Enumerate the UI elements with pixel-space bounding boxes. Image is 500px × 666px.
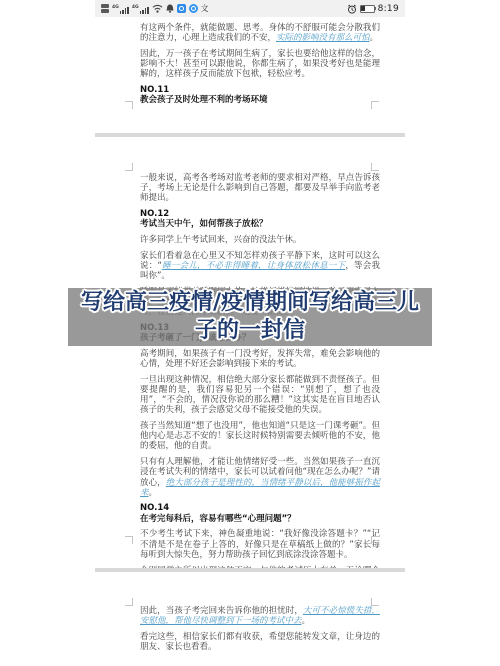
inline-link[interactable]: 睡一会儿，不必非得睡着，让身体放松休息一下 <box>162 261 345 271</box>
paragraph: 因此，当孩子考完回来告诉你他的担忧时，大可不必惊慌失措，安慰他，帮他尽快调整到下… <box>140 606 380 626</box>
page-corner-mark <box>125 101 133 109</box>
watermark-band: 写给高三疫情/疫情期间写给高三儿子的一封信 <box>68 288 432 346</box>
paragraph: 只有有人理解他，才能让他情绪好受一些。当然如果孩子一直沉浸在考试失利的情绪中，家… <box>140 457 380 498</box>
section-heading: NO.11教会孩子及时处理不利的考场环境 <box>140 85 380 105</box>
text-run: 孩子当然知道“想了也没用”，他也知道“只是这一门课考砸”。但他内心是忐忑不安的！… <box>140 421 380 451</box>
signal-strength-icon-sim2: 4G <box>132 4 149 14</box>
signal-bars-icon <box>120 7 129 14</box>
text-run: 不少考生考试下来，神色凝重地说：“我好像没涂答题卡？”“记不清是不是在卷子上答的… <box>140 529 380 559</box>
paragraph: 高考期间，如果孩子有一门没考好，发挥失常，难免会影响他的心情，处理不好还会影响到… <box>140 349 380 369</box>
status-bar-right: 8:19 <box>347 4 399 14</box>
paragraph: 孩子当然知道“想了也没用”，他也知道“只是这一门课考砸”。但他内心是忐忑不安的！… <box>140 421 380 452</box>
paragraph: 家长们看着急在心里又不知怎样劝孩子平静下来，这时可以这么说：“睡一会儿，不必非得… <box>140 251 380 282</box>
section-heading: NO.12考试当天中午，如何帮孩子放松？ <box>140 209 380 229</box>
alarm-clock-icon <box>347 4 357 14</box>
text-run: 因此，万一孩子在考试期间生病了，家长也要给他这样的信念，影响不大！甚至可以跟他说… <box>140 49 380 79</box>
page-corner-mark <box>371 163 379 171</box>
text-run: 高考期间，如果孩子有一门没考好，发挥失常，难免会影响他的心情，处理不好还会影响到… <box>140 349 380 369</box>
clock-time: 8:19 <box>378 4 399 14</box>
page-corner-mark <box>371 101 379 109</box>
signal-bars-icon <box>140 7 149 14</box>
paragraph: 不少考生考试下来，神色凝重地说：“我好像没涂答题卡？”“记不清是不是在卷子上答的… <box>140 529 380 560</box>
text-run: 看完这些，相信家长们都有收获，希望您能转发文章，让身边的朋友、家长也看看。 <box>140 632 380 652</box>
paragraph: 有这两个条件，就能做题、思考。身体的不舒服可能会分散我们的注意力，心理上造成我们… <box>140 23 380 43</box>
paragraph: 看完这些，相信家长们都有收获，希望您能转发文章，让身边的朋友、家长也看看。 <box>140 632 380 652</box>
paragraph: 因此，万一孩子在考试期间生病了，家长也要给他这样的信念，影响不大！甚至可以跟他说… <box>140 49 380 80</box>
screen: 4G 4G 文 <box>0 0 500 666</box>
text-run: 许多同学上午考试回来，兴奋的没法午休。 <box>140 235 302 245</box>
page-corner-mark <box>125 163 133 171</box>
search-app-notification-icon <box>177 4 186 13</box>
signal-strength-icon-sim1: 4G <box>112 4 129 14</box>
wifi-icon <box>152 4 163 13</box>
inline-link[interactable]: 实际的影响没有那么可怕 <box>276 33 370 43</box>
inline-link[interactable]: 绝大部分孩子是理性的，当情绪平静以后，他能够振作起来 <box>140 478 380 498</box>
text-run: 一旦出现这种情况，相信绝大部分家长都能做到不责怪孩子。但要提醒的是，我们容易犯另… <box>140 375 380 416</box>
page-corner-mark <box>125 536 133 544</box>
notification-bell-icon <box>166 4 174 13</box>
paragraph: 许多同学上午考试回来，兴奋的没法午休。 <box>140 235 380 245</box>
browser-app-notification-icon <box>189 4 198 13</box>
document-page-1: 有这两个条件，就能做题、思考。身体的不舒服可能会分散我们的注意力，心理上造成我们… <box>95 17 405 133</box>
battery-icon <box>360 5 375 13</box>
text-run: 一般来说，高考各考场对监考老师的要求相对严格，早点告诉孩子，考场上无论是什么影响… <box>140 173 380 203</box>
network-type-label: 4G <box>132 6 139 10</box>
page-corner-mark <box>371 598 379 606</box>
page-corner-mark <box>371 536 379 544</box>
watermark-title: 写给高三疫情/疫情期间写给高三儿子的一封信 <box>71 289 429 345</box>
text-run: 。 <box>149 488 158 498</box>
text-run: 个别同学之所以出现这种不安，与他的考试压力有关。无论哪个人当他对一件重要的事情感… <box>140 566 380 569</box>
status-bar-left: 4G 4G 文 <box>101 4 209 14</box>
paragraph: 一旦出现这种情况，相信绝大部分家长都能做到不责怪孩子。但要提醒的是，我们容易犯另… <box>140 375 380 416</box>
volte-hd-badges-icon <box>101 4 109 13</box>
status-bar: 4G 4G 文 <box>95 0 405 17</box>
text-run: 。 <box>302 616 311 626</box>
document-page-2: 一般来说，高考各考场对监考老师的要求相对严格，早点告诉孩子，考场上无论是什么影响… <box>95 137 405 568</box>
paragraph: 一般来说，高考各考场对监考老师的要求相对严格，早点告诉孩子，考场上无论是什么影响… <box>140 173 380 204</box>
section-heading: NO.14在考完每科后，容易有哪些“心理问题”？ <box>140 503 380 523</box>
page-corner-mark <box>125 598 133 606</box>
reader-app-notification-icon: 文 <box>201 4 209 13</box>
text-run: 。 <box>370 33 379 43</box>
network-type-label: 4G <box>112 6 119 10</box>
document-page-3: 因此，当孩子考完回来告诉你他的担忧时，大可不必惊慌失措，安慰他，帮他尽快调整到下… <box>95 572 405 666</box>
text-run: 因此，当孩子考完回来告诉你他的担忧时， <box>140 606 303 616</box>
paragraph: 个别同学之所以出现这种不安，与他的考试压力有关。无论哪个人当他对一件重要的事情感… <box>140 566 380 569</box>
